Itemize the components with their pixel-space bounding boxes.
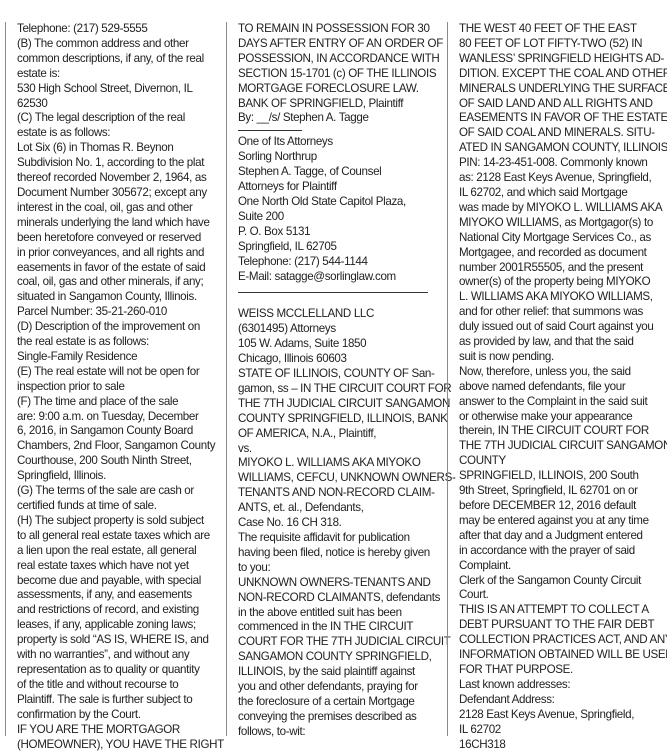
text-line: owner(s) of the property being MIYOKO bbox=[459, 275, 665, 290]
text-line: COURT FOR THE 7TH JUDICIAL CIRCUIT bbox=[238, 635, 444, 650]
legal-notice-column-left: Telephone: (217) 529-5555(B) The common … bbox=[5, 22, 225, 736]
text-line: MINERALS UNDERLYING THE SURFACE bbox=[459, 82, 665, 97]
text-line: conveying the premises described as bbox=[238, 710, 444, 725]
text-line: interest in the coal, oil, gas and other bbox=[17, 201, 225, 216]
text-line: 62530 bbox=[17, 97, 225, 112]
text-line: the real estate is as follows: bbox=[17, 335, 225, 350]
text-line: commenced in the IN THE CIRCUIT bbox=[238, 620, 444, 635]
text-line: PIN: 14-23-451-008. Commonly known bbox=[459, 156, 665, 171]
text-line: estate is as follows: bbox=[17, 126, 225, 141]
text-line: OF SAID COAL AND MINERALS. SITU- bbox=[459, 126, 665, 141]
text-line: ATED IN SANGAMON COUNTY, ILLINOIS.. bbox=[459, 141, 665, 156]
text-line: and restrictions of record, and existing bbox=[17, 603, 225, 618]
text-line: EASEMENTS IN FAVOR OF THE ESTATE bbox=[459, 111, 665, 126]
text-line: follows, to-wit: bbox=[238, 725, 444, 740]
text-line: Document Number 305672; except any bbox=[17, 186, 225, 201]
text-line: suit is now pending. bbox=[459, 350, 665, 365]
text-line: COLLECTION PRACTICES ACT, AND ANY bbox=[459, 633, 665, 648]
text-line: ILLINOIS, by the said plaintiff against bbox=[238, 665, 444, 680]
text-line: above named defendants, file your bbox=[459, 380, 665, 395]
text-line: representation as to quality or quantity bbox=[17, 663, 225, 678]
text-line: One of Its Attorneys bbox=[238, 135, 444, 150]
text-line: to you: bbox=[238, 561, 444, 576]
text-line: FOR THAT PURPOSE. bbox=[459, 663, 665, 678]
text-line: real estate taxes which have not yet bbox=[17, 559, 225, 574]
text-line: National City Mortgage Services Co., as bbox=[459, 231, 665, 246]
text-line: Chambers, 2nd Floor, Sangamon County bbox=[17, 439, 225, 454]
text-line: may be entered against you at any time bbox=[459, 514, 665, 529]
sale-notice-closing: TO REMAIN IN POSSESSION FOR 30DAYS AFTER… bbox=[238, 22, 444, 126]
text-line: DITION. EXCEPT THE COAL AND OTHER bbox=[459, 67, 665, 82]
text-line: TENANTS AND NON-RECORD CLAIM- bbox=[238, 486, 444, 501]
text-line: Chicago, Illinois 60603 bbox=[238, 352, 444, 367]
text-line: THE WEST 40 FEET OF THE EAST bbox=[459, 22, 665, 37]
text-line: MORTGAGE FORECLOSURE LAW. bbox=[238, 82, 444, 97]
foreclosure-notice-header: WEISS MCCLELLAND LLC(6301495) Attorneys1… bbox=[238, 307, 444, 739]
text-line: DEBT PURSUANT TO THE FAIR DEBT bbox=[459, 618, 665, 633]
text-line: you and other defendants, praying for bbox=[238, 680, 444, 695]
text-line: in prior conveyances, and all rights and bbox=[17, 246, 225, 261]
text-line: Subdivision No. 1, according to the plat bbox=[17, 156, 225, 171]
text-line: duly issued out of said Court against yo… bbox=[459, 320, 665, 335]
text-line: POSSESSION, IN ACCORDANCE WITH bbox=[238, 52, 444, 67]
text-line: P. O. Box 5131 bbox=[238, 225, 444, 240]
text-line: Sorling Northrup bbox=[238, 150, 444, 165]
text-line: the foreclosure of a certain Mortgage bbox=[238, 695, 444, 710]
text-line: L. WILLIAMS AKA MIYOKO WILLIAMS, bbox=[459, 290, 665, 305]
text-line: Complaint. bbox=[459, 559, 665, 574]
text-line: SECTION 15-1701 (c) OF THE ILLINOIS bbox=[238, 67, 444, 82]
text-line: to all general real estate taxes which a… bbox=[17, 529, 225, 544]
text-line: confirmation by the Court. bbox=[17, 708, 225, 723]
text-line: (F) The time and place of the sale bbox=[17, 395, 225, 410]
text-line: Suite 200 bbox=[238, 210, 444, 225]
text-line: as: 2128 East Keys Avenue, Springfield, bbox=[459, 171, 665, 186]
text-line: common descriptions, if any, of the real bbox=[17, 52, 225, 67]
signature-line bbox=[238, 130, 302, 131]
text-line: with no warranties”, and without any bbox=[17, 648, 225, 663]
text-line: Courthouse, 200 South Ninth Street, bbox=[17, 454, 225, 469]
text-line: property is sold “AS IS, WHERE IS, and bbox=[17, 633, 225, 648]
text-line: MIYOKO WILLIAMS, as Mortgagor(s) to bbox=[459, 216, 665, 231]
legal-notice-column-right: THE WEST 40 FEET OF THE EAST80 FEET OF L… bbox=[447, 22, 665, 736]
text-line: number 2001R55505, and the present bbox=[459, 261, 665, 276]
text-line: therein, IN THE CIRCUIT COURT FOR bbox=[459, 424, 665, 439]
text-line: SPRINGFIELD, ILLINOIS, 200 South bbox=[459, 469, 665, 484]
text-line: IF YOU ARE THE MORTGAGOR bbox=[17, 723, 225, 738]
text-line: TO REMAIN IN POSSESSION FOR 30 bbox=[238, 22, 444, 37]
text-line: Springfield, Illinois. bbox=[17, 469, 225, 484]
text-line: (G) The terms of the sale are cash or bbox=[17, 484, 225, 499]
text-line: (B) The common address and other bbox=[17, 37, 225, 52]
text-line: (HOMEOWNER), YOU HAVE THE RIGHT bbox=[17, 738, 225, 752]
text-line: THE 7TH JUDICIAL CIRCUIT SANGAMON bbox=[459, 439, 665, 454]
text-line: Telephone: (217) 529-5555 bbox=[17, 22, 225, 37]
text-line: certified funds at time of sale. bbox=[17, 499, 225, 514]
text-line: of the title and without recourse to bbox=[17, 678, 225, 693]
text-line: situated in Sangamon County, Illinois. bbox=[17, 290, 225, 305]
text-line: thereof recorded November 2, 1964, as bbox=[17, 171, 225, 186]
text-line: Mortgagee, and recorded as document bbox=[459, 246, 665, 261]
text-line: Clerk of the Sangamon County Circuit bbox=[459, 574, 665, 589]
text-line: and for other relief: that summons was bbox=[459, 305, 665, 320]
text-line: OF AMERICA, N.A., Plaintiff, bbox=[238, 427, 444, 442]
text-line: Now, therefore, unless you, the said bbox=[459, 365, 665, 380]
text-line: or otherwise make your appearance bbox=[459, 410, 665, 425]
text-line: UNKNOWN OWNERS-TENANTS AND bbox=[238, 576, 444, 591]
text-line: leases, if any, applicable zoning laws; bbox=[17, 618, 225, 633]
text-line: as provided by law, and that the said bbox=[459, 335, 665, 350]
text-line: easements in favor of the estate of said bbox=[17, 261, 225, 276]
text-line: Stephen A. Tagge, of Counsel bbox=[238, 165, 444, 180]
text-line: minerals underlying the land which have bbox=[17, 216, 225, 231]
text-line: gamon, ss – IN THE CIRCUIT COURT FOR bbox=[238, 382, 444, 397]
text-line: (H) The subject property is sold subject bbox=[17, 514, 225, 529]
text-line: Telephone: (217) 544-1144 bbox=[238, 255, 444, 270]
text-line: NON-RECORD CLAIMANTS, defendants bbox=[238, 591, 444, 606]
text-line: Single-Family Residence bbox=[17, 350, 225, 365]
text-line: 530 High School Street, Divernon, IL bbox=[17, 82, 225, 97]
text-line: coal, oil, gas and other minerals, if an… bbox=[17, 275, 225, 290]
text-line: By: __/s/ Stephen A. Tagge bbox=[238, 111, 444, 126]
notice-separator-rule bbox=[238, 292, 428, 293]
text-line: 6, 2016, in Sangamon County Board bbox=[17, 424, 225, 439]
text-line: (E) The real estate will not be open for bbox=[17, 365, 225, 380]
text-line: SANGAMON COUNTY SPRINGFIELD, bbox=[238, 650, 444, 665]
text-line: before DECEMBER 12, 2016 default bbox=[459, 499, 665, 514]
text-line: IL 62702, and which said Mortgage bbox=[459, 186, 665, 201]
text-line: Lot Six (6) in Thomas R. Beynon bbox=[17, 141, 225, 156]
text-line: Court. bbox=[459, 588, 665, 603]
text-line: WANLESS’ SPRINGFIELD HEIGHTS AD- bbox=[459, 52, 665, 67]
text-line: Plaintiff. The sale is further subject t… bbox=[17, 693, 225, 708]
text-line: 105 W. Adams, Suite 1850 bbox=[238, 337, 444, 352]
text-line: The requisite affidavit for publication bbox=[238, 531, 444, 546]
text-line: was made by MIYOKO L. WILLIAMS AKA bbox=[459, 201, 665, 216]
text-line: in the above entitled suit has been bbox=[238, 606, 444, 621]
text-line: having been filed, notice is hereby give… bbox=[238, 546, 444, 561]
text-line: 9th Street, Springfield, IL 62701 on or bbox=[459, 484, 665, 499]
text-line: STATE OF ILLINOIS, COUNTY OF San- bbox=[238, 367, 444, 382]
text-line: (6301495) Attorneys bbox=[238, 322, 444, 337]
text-line: after that day and a Judgment entered bbox=[459, 529, 665, 544]
text-line: (D) Description of the improvement on bbox=[17, 320, 225, 335]
text-line: 2128 East Keys Avenue, Springfield, bbox=[459, 708, 665, 723]
text-line: Parcel Number: 35-21-260-010 bbox=[17, 305, 225, 320]
text-line: THIS IS AN ATTEMPT TO COLLECT A bbox=[459, 603, 665, 618]
text-line: Case No. 16 CH 318. bbox=[238, 516, 444, 531]
text-line: in accordance with the prayer of said bbox=[459, 544, 665, 559]
text-line: E-Mail: satagge@sorlinglaw.com bbox=[238, 270, 444, 285]
text-line: a lien upon the real estate, all general bbox=[17, 544, 225, 559]
text-line: MIYOKO L. WILLIAMS AKA MIYOKO bbox=[238, 456, 444, 471]
text-line: (C) The legal description of the real bbox=[17, 111, 225, 126]
text-line: BANK OF SPRINGFIELD, Plaintiff bbox=[238, 97, 444, 112]
text-line: Attorneys for Plaintiff bbox=[238, 180, 444, 195]
text-line: 16CH318 bbox=[459, 738, 665, 752]
text-line: estate is: bbox=[17, 67, 225, 82]
text-line: COUNTY SPRINGFIELD, ILLINOIS, BANK bbox=[238, 412, 444, 427]
text-line: ANTS, et. al., Defendants, bbox=[238, 501, 444, 516]
text-line: INFORMATION OBTAINED WILL BE USED bbox=[459, 648, 665, 663]
text-line: OF SAID LAND AND ALL RIGHTS AND bbox=[459, 97, 665, 112]
text-line: DAYS AFTER ENTRY OF AN ORDER OF bbox=[238, 37, 444, 52]
text-line: assessments, if any, and easements bbox=[17, 588, 225, 603]
text-line: been heretofore conveyed or reserved bbox=[17, 231, 225, 246]
text-line: Defendant Address: bbox=[459, 693, 665, 708]
text-line: One North Old State Capitol Plaza, bbox=[238, 195, 444, 210]
text-line: become due and payable, with special bbox=[17, 574, 225, 589]
legal-notice-column-middle: TO REMAIN IN POSSESSION FOR 30DAYS AFTER… bbox=[226, 22, 444, 736]
text-line: WILLIAMS, CEFCU, UNKNOWN OWNERS- bbox=[238, 471, 444, 486]
text-line: 80 FEET OF LOT FIFTY-TWO (52) IN bbox=[459, 37, 665, 52]
text-line: COUNTY bbox=[459, 454, 665, 469]
text-line: THE 7TH JUDICIAL CIRCUIT SANGAMON bbox=[238, 397, 444, 412]
text-line: inspection prior to sale bbox=[17, 380, 225, 395]
text-line: are: 9:00 a.m. on Tuesday, December bbox=[17, 410, 225, 425]
text-line: Last known addresses: bbox=[459, 678, 665, 693]
text-line: Springfield, IL 62705 bbox=[238, 240, 444, 255]
text-line: answer to the Complaint in the said suit bbox=[459, 395, 665, 410]
text-line: vs. bbox=[238, 442, 444, 457]
attorney-block: One of Its AttorneysSorling NorthrupStep… bbox=[238, 135, 444, 284]
text-line: WEISS MCCLELLAND LLC bbox=[238, 307, 444, 322]
text-line: IL 62702 bbox=[459, 723, 665, 738]
